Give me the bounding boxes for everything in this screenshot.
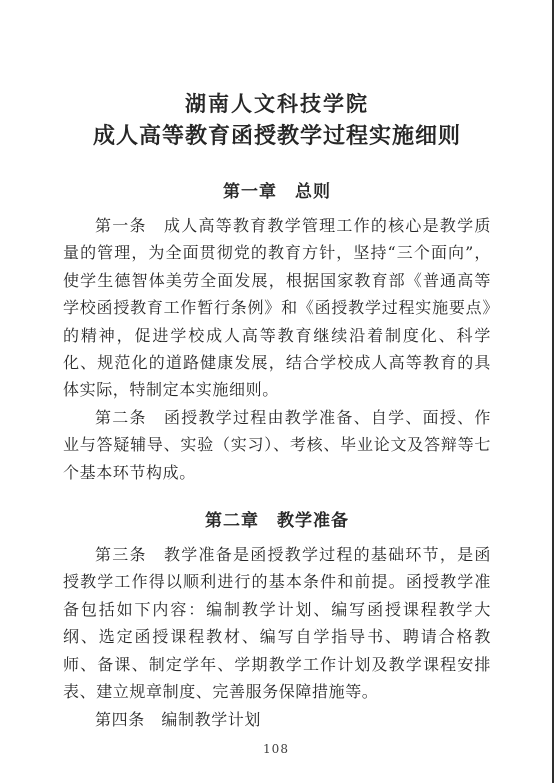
chapter-1-paragraph-1: 第一条 成人高等教育教学管理工作的核心是教学质量的管理，为全面贯彻党的教育方针，… [63,212,491,404]
chapter-2-paragraph-2: 第四条 编制教学计划 [63,706,491,733]
document-title-line1: 湖南人文科技学院 [63,87,491,120]
chapter-2-paragraph-1: 第三条 教学准备是函授教学过程的基础环节，是函授教学工作得以顺利进行的基本条件和… [63,541,491,705]
chapter-1-heading: 第一章 总则 [63,179,491,206]
chapter-1-paragraph-2: 第二条 函授教学过程由教学准备、自学、面授、作业与答疑辅导、实验（实习）、考核、… [63,404,491,486]
document-page: 湖南人文科技学院 成人高等教育函授教学过程实施细则 第一章 总则 第一条 成人高… [0,0,554,783]
chapter-2-heading: 第二章 教学准备 [63,508,491,535]
document-title-line2: 成人高等教育函授教学过程实施细则 [63,120,491,153]
page-number: 108 [0,742,552,756]
